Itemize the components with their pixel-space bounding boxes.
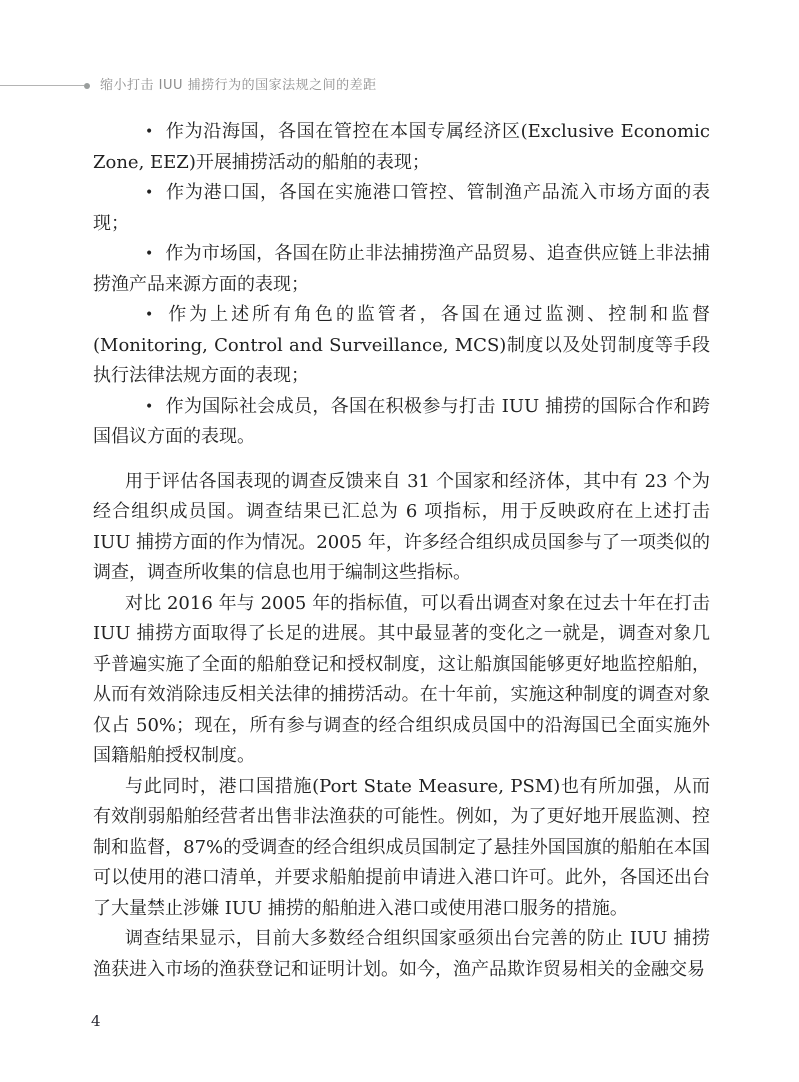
body-paragraph: 与此同时，港口国措施(Port State Measure, PSM)也有所加强… bbox=[93, 772, 710, 925]
bullet-item: •作为上述所有角色的监管者，各国在通过监测、控制和监督(Monitoring, … bbox=[93, 300, 710, 392]
bullet-item: •作为港口国，各国在实施港口管控、管制渔产品流入市场方面的表现； bbox=[93, 178, 710, 239]
body-paragraph: 对比 2016 年与 2005 年的指标值，可以看出调查对象在过去十年在打击 I… bbox=[93, 589, 710, 772]
bullet-item-text: 作为上述所有角色的监管者，各国在通过监测、控制和监督(Monitoring, C… bbox=[93, 304, 710, 386]
bullet-marker-icon: • bbox=[145, 239, 153, 270]
bullet-marker-icon: • bbox=[145, 117, 153, 148]
page-number: 4 bbox=[91, 1012, 101, 1030]
header-bullet-dot-icon bbox=[84, 83, 90, 89]
text-column: •作为沿海国，各国在管控在本国专属经济区(Exclusive Economic … bbox=[93, 117, 710, 985]
bullet-marker-icon: • bbox=[145, 178, 153, 209]
bullet-item-text: 作为市场国，各国在防止非法捕捞渔产品贸易、追查供应链上非法捕捞渔产品来源方面的表… bbox=[93, 243, 710, 295]
bullet-marker-icon: • bbox=[145, 392, 153, 423]
running-header-title: 缩小打击 IUU 捕捞行为的国家法规之间的差距 bbox=[100, 78, 377, 94]
body-paragraph: 调查结果显示，目前大多数经合组织国家亟须出台完善的防止 IUU 捕捞渔获进入市场… bbox=[93, 924, 710, 985]
bullet-list: •作为沿海国，各国在管控在本国专属经济区(Exclusive Economic … bbox=[93, 117, 710, 453]
paragraph-block: 用于评估各国表现的调查反馈来自 31 个国家和经济体，其中有 23 个为经合组织… bbox=[93, 467, 710, 986]
bullet-item-text: 作为国际社会成员，各国在积极参与打击 IUU 捕捞的国际合作和跨国倡议方面的表现… bbox=[93, 396, 710, 448]
bullet-item-text: 作为沿海国，各国在管控在本国专属经济区(Exclusive Economic Z… bbox=[93, 121, 710, 173]
body-paragraph: 用于评估各国表现的调查反馈来自 31 个国家和经济体，其中有 23 个为经合组织… bbox=[93, 467, 710, 589]
bullet-item: •作为沿海国，各国在管控在本国专属经济区(Exclusive Economic … bbox=[93, 117, 710, 178]
bullet-item: •作为国际社会成员，各国在积极参与打击 IUU 捕捞的国际合作和跨国倡议方面的表… bbox=[93, 392, 710, 453]
bullet-marker-icon: • bbox=[145, 300, 153, 331]
book-page: { "header": { "title": "缩小打击 IUU 捕捞行为的国家… bbox=[0, 0, 799, 1082]
bullet-item: •作为市场国，各国在防止非法捕捞渔产品贸易、追查供应链上非法捕捞渔产品来源方面的… bbox=[93, 239, 710, 300]
bullet-item-text: 作为港口国，各国在实施港口管控、管制渔产品流入市场方面的表现； bbox=[93, 182, 710, 234]
header-rule bbox=[0, 85, 84, 86]
